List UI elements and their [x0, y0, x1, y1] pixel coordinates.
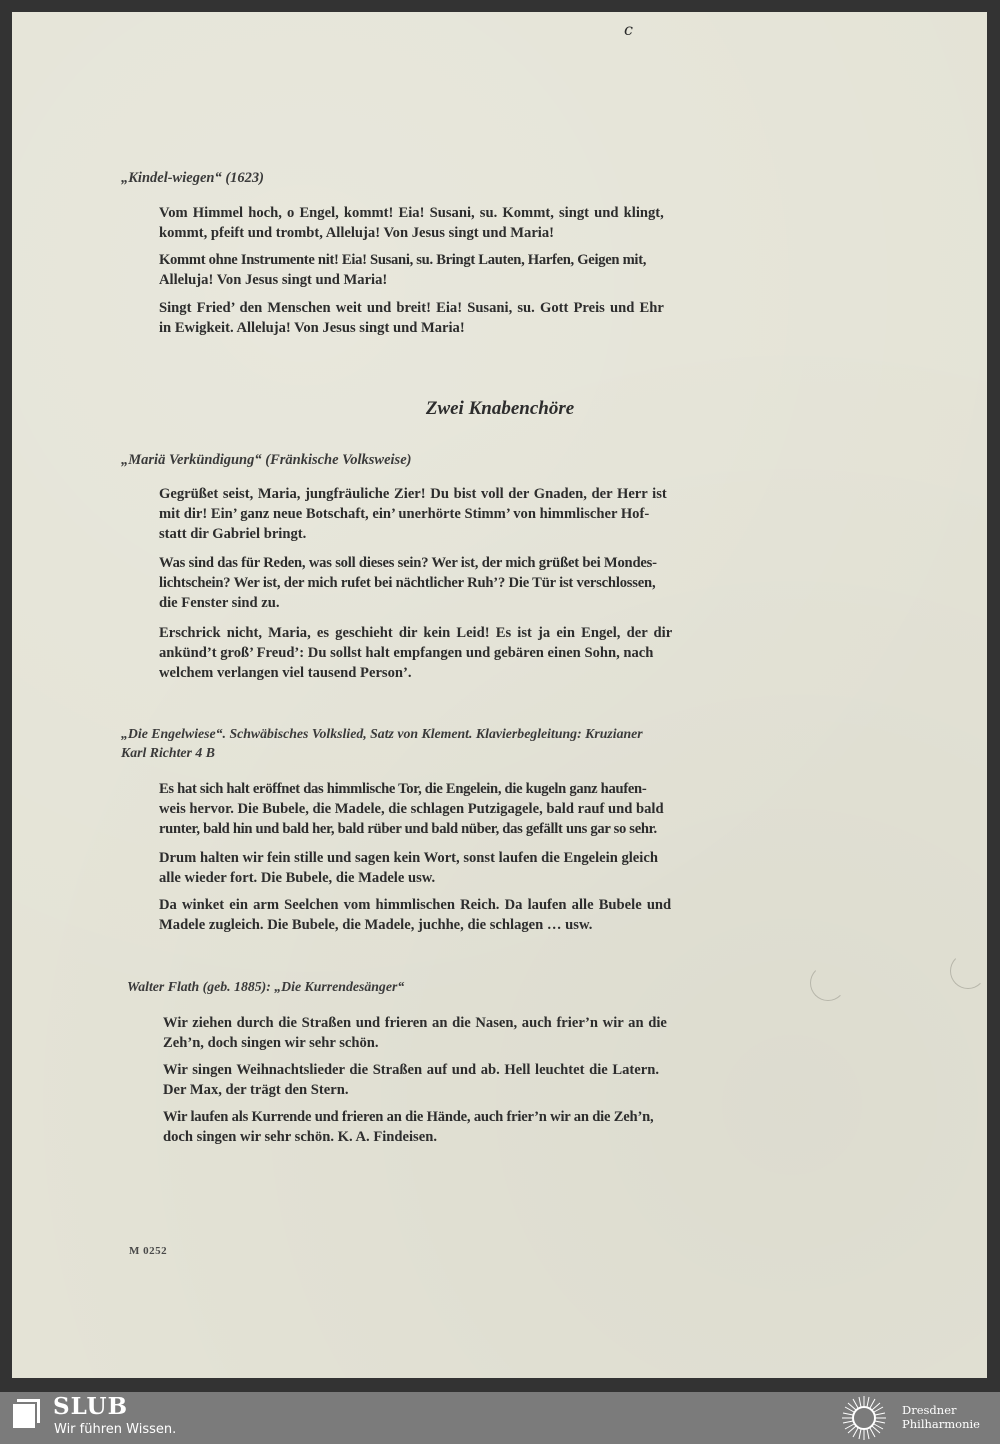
- verse: Drum halten wir fein stille und sagen ke…: [159, 848, 799, 888]
- verse: Kommt ohne Instrumente nit! Eia! Susani,…: [159, 250, 793, 290]
- slub-logo-icon: [13, 1398, 41, 1428]
- verse-line: Was sind das für Reden, was soll dieses …: [159, 553, 799, 573]
- verse-line: alle wieder fort. Die Bubele, die Madele…: [159, 868, 799, 888]
- section-heading-kindel-wiegen: „Kindel-wiegen“ (1623): [121, 170, 264, 187]
- verse: Wir ziehen durch die Straßen und frieren…: [163, 1013, 800, 1053]
- verse-line: weis hervor. Die Bubele, die Madele, die…: [159, 799, 799, 819]
- verse: Singt Fried’ den Menschen weit und breit…: [159, 298, 793, 338]
- verse-line: Wir singen Weihnachtslieder die Straßen …: [163, 1060, 800, 1080]
- verse-line: welchem verlangen viel tausend Person’.: [159, 663, 799, 683]
- verse: Da winket ein arm Seelchen vom himmlisch…: [159, 895, 799, 935]
- verse: Vom Himmel hoch, o Engel, kommt! Eia! Su…: [159, 203, 793, 243]
- verse-line: Drum halten wir fein stille und sagen ke…: [159, 848, 799, 868]
- wordmark-line: Philharmonie: [902, 1417, 980, 1431]
- verse-line: Erschrick nicht, Maria, es geschieht dir…: [159, 623, 799, 643]
- verse-line: kommt, pfeift und trombt, Alleluja! Von …: [159, 223, 793, 243]
- page-title: Zwei Knabenchöre: [0, 398, 1000, 420]
- verse-line: Kommt ohne Instrumente nit! Eia! Susani,…: [159, 250, 793, 270]
- footer-band: SLUB Wir führen Wissen. Dresdner Philhar…: [0, 1392, 1000, 1444]
- verse-line: ankünd’t groß’ Freud’: Du sollst halt em…: [159, 643, 799, 663]
- verse: Gegrüßet seist, Maria, jungfräuliche Zie…: [159, 484, 799, 544]
- verse-line: Zeh’n, doch singen wir sehr schön.: [163, 1033, 800, 1053]
- punch-hole-mark: [810, 965, 846, 1001]
- verse-line: runter, bald hin und bald her, bald rübe…: [159, 819, 799, 839]
- verse-line: Alleluja! Von Jesus singt und Maria!: [159, 270, 793, 290]
- verse-line: Gegrüßet seist, Maria, jungfräuliche Zie…: [159, 484, 799, 504]
- verse-line: Es hat sich halt eröffnet das himmlische…: [159, 779, 799, 799]
- verse-line: doch singen wir sehr schön.: [163, 1129, 334, 1145]
- verse: Wir laufen als Kurrende und frieren an d…: [163, 1107, 800, 1147]
- handwritten-mark: c: [624, 20, 633, 39]
- verse-line: Wir laufen als Kurrende und frieren an d…: [163, 1107, 800, 1127]
- verse-line: statt dir Gabriel bringt.: [159, 524, 799, 544]
- verse: Was sind das für Reden, was soll dieses …: [159, 553, 799, 613]
- wordmark-line: Dresdner: [902, 1403, 980, 1417]
- heading-line: Karl Richter 4 B: [121, 743, 801, 762]
- verse: Es hat sich halt eröffnet das himmlische…: [159, 779, 799, 839]
- slub-title: SLUB: [53, 1393, 128, 1420]
- verse-line: mit dir! Ein’ ganz neue Botschaft, ein’ …: [159, 504, 799, 524]
- section-heading-mariae-verkuendigung: „Mariä Verkündigung“ (Fränkische Volkswe…: [121, 452, 411, 469]
- dresdner-philharmonie-wordmark: Dresdner Philharmonie: [902, 1403, 980, 1431]
- dresdner-philharmonie-logo-icon: [840, 1394, 888, 1442]
- verse-line: in Ewigkeit. Alleluja! Von Jesus singt u…: [159, 318, 793, 338]
- catalog-number: M 0252: [129, 1245, 167, 1257]
- verse-line: Madele zugleich. Die Bubele, die Madele,…: [159, 915, 799, 935]
- punch-hole-mark: [950, 953, 986, 989]
- verse-line: Da winket ein arm Seelchen vom himmlisch…: [159, 895, 799, 915]
- verse-last-line: doch singen wir sehr schön. K. A. Findei…: [163, 1127, 800, 1147]
- verse-line: Vom Himmel hoch, o Engel, kommt! Eia! Su…: [159, 203, 793, 223]
- verse-line: Wir ziehen durch die Straßen und frieren…: [163, 1013, 800, 1033]
- verse: Erschrick nicht, Maria, es geschieht dir…: [159, 623, 799, 683]
- author-signature: K. A. Findeisen.: [338, 1129, 437, 1145]
- verse-line: die Fenster sind zu.: [159, 593, 799, 613]
- section-heading-engelwiese: „Die Engelwiese“. Schwäbisches Volkslied…: [121, 724, 801, 762]
- verse: Wir singen Weihnachtslieder die Straßen …: [163, 1060, 800, 1100]
- verse-line: Der Max, der trägt den Stern.: [163, 1080, 800, 1100]
- section-heading-kurrendesaenger: Walter Flath (geb. 1885): „Die Kurrendes…: [127, 979, 404, 995]
- slub-tagline: Wir führen Wissen.: [54, 1422, 176, 1437]
- verse-line: Singt Fried’ den Menschen weit und breit…: [159, 298, 793, 318]
- heading-line: „Die Engelwiese“. Schwäbisches Volkslied…: [121, 724, 801, 743]
- verse-line: lichtschein? Wer ist, der mich rufet bei…: [159, 573, 799, 593]
